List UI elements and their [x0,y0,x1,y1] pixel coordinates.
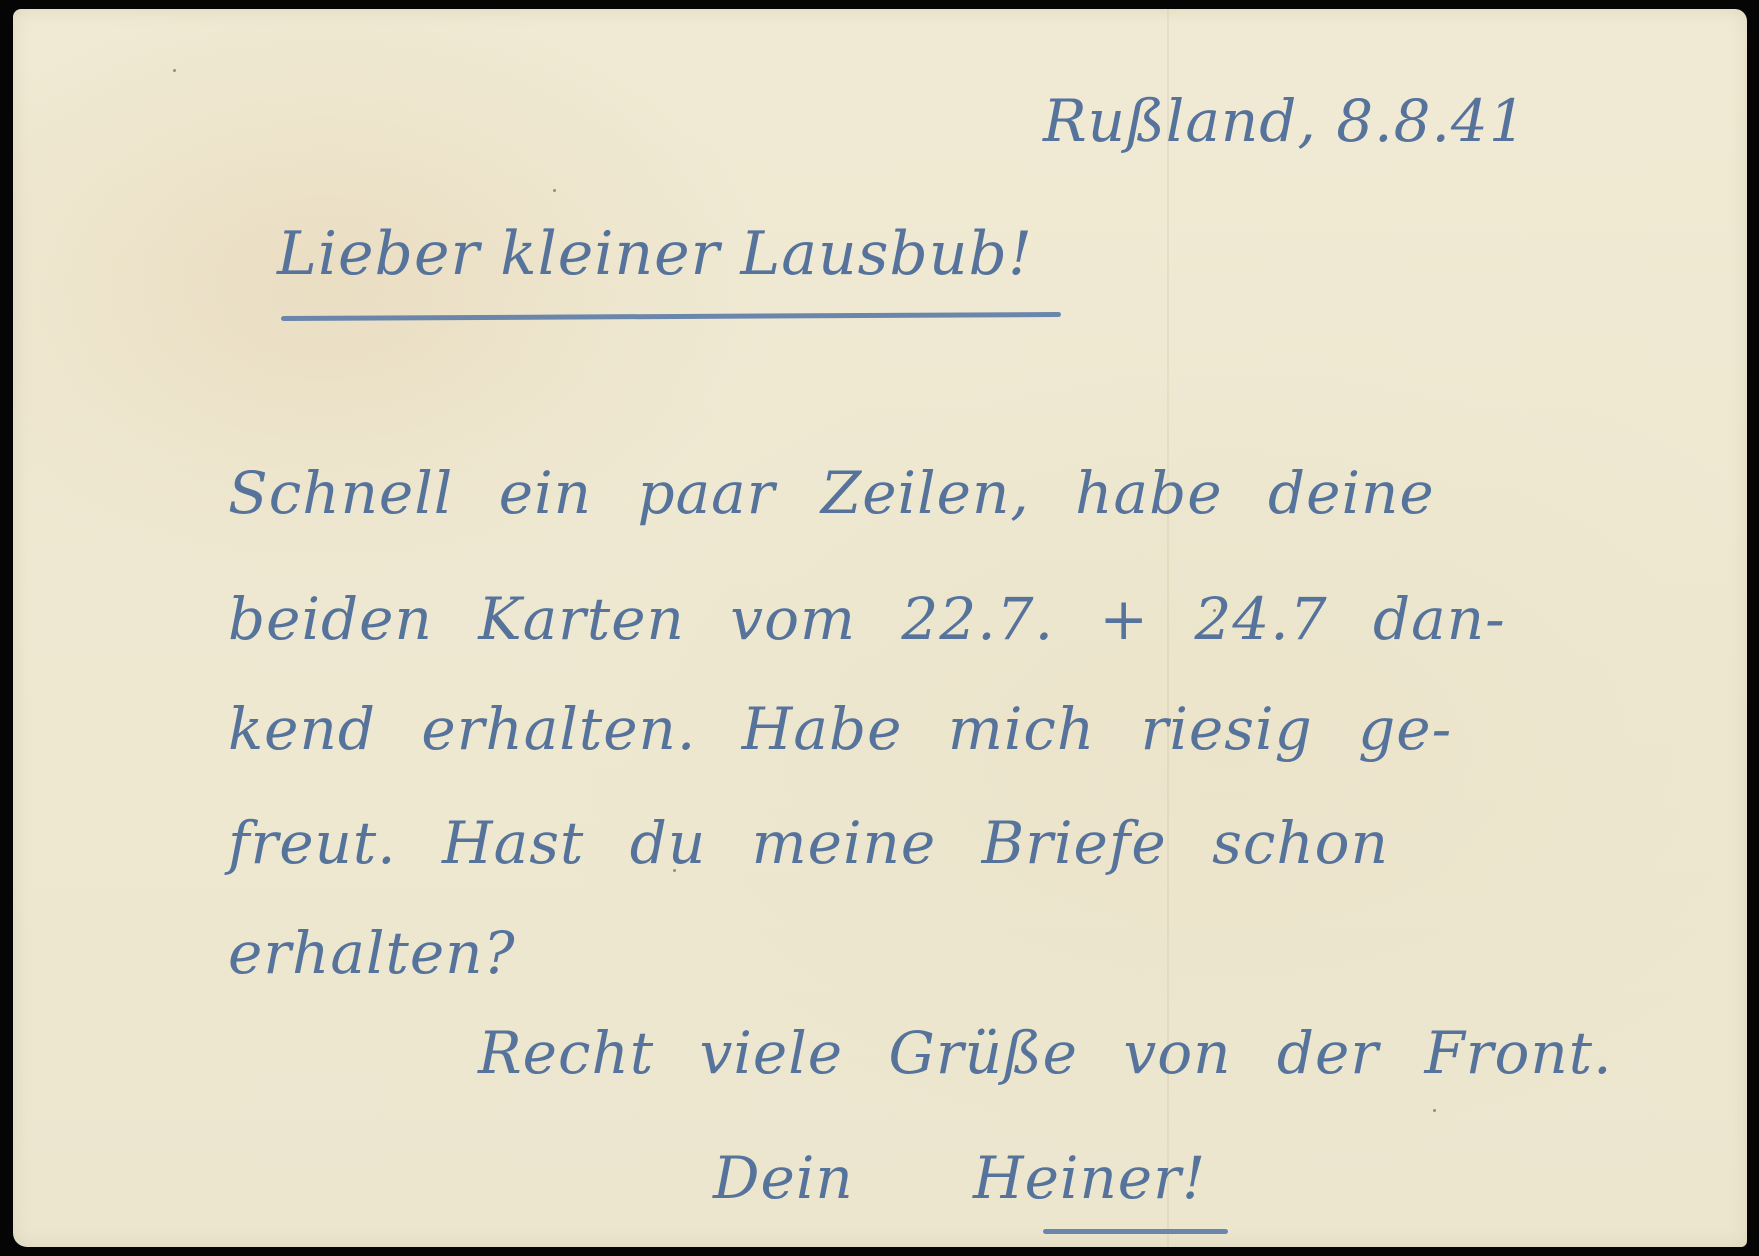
paper-speck [553,189,556,192]
body-line: Schnell ein paar Zeilen, habe deine [228,459,1435,527]
place-date: Rußland, 8.8.41 [1043,87,1527,155]
signature-underline [1043,1229,1228,1234]
paper-speck [173,69,176,72]
body-line: kend erhalten. Habe mich riesig ge- [228,695,1452,763]
salutation: Lieber kleiner Lausbub! [277,219,1033,289]
signature-name: Heiner! [973,1144,1206,1212]
postcard: Rußland, 8.8.41 Lieber kleiner Lausbub! … [13,9,1747,1247]
body-line: freut. Hast du meine Briefe schon [228,809,1389,877]
closing-line: Recht viele Grüße von der Front. [478,1019,1613,1087]
body-line: erhalten? [228,919,516,987]
body-line: beiden Karten vom 22.7. + 24.7 dan- [228,585,1506,653]
salutation-underline [281,312,1061,321]
signature-prefix: Dein [713,1144,854,1212]
paper-speck [1433,1109,1436,1112]
